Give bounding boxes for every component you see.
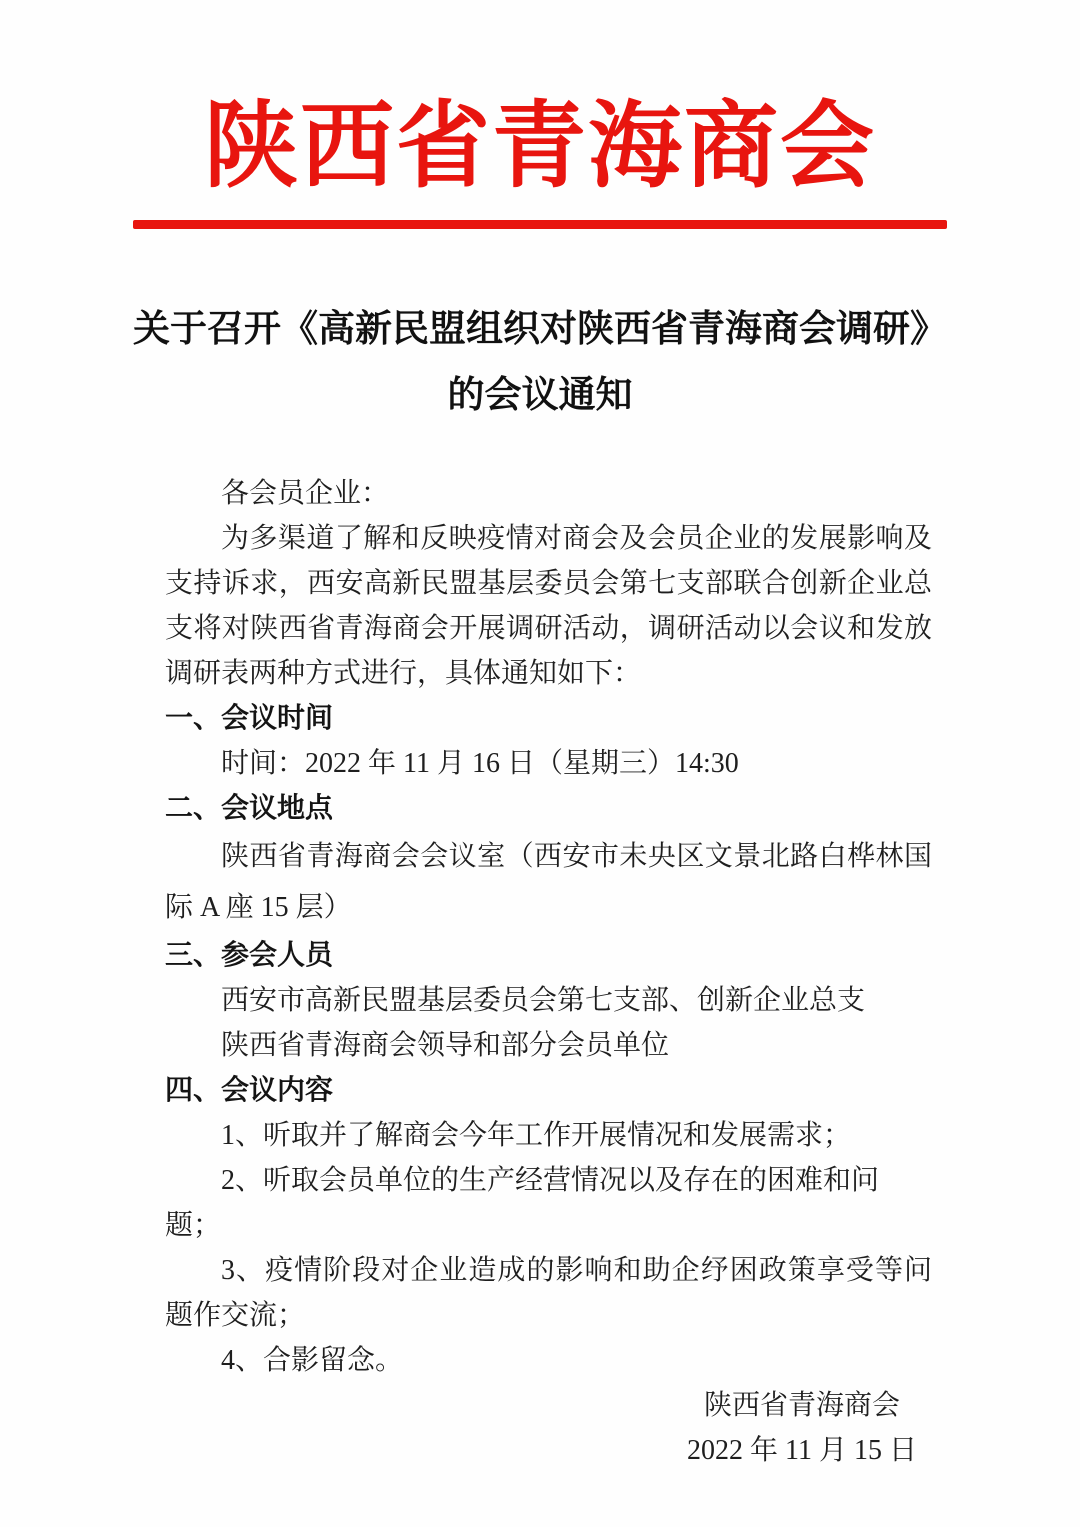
signature-org: 陕西省青海商会 bbox=[687, 1383, 917, 1428]
doc-title: 关于召开《高新民盟组织对陕西省青海商会调研》 的会议通知 bbox=[0, 297, 1080, 429]
agenda-item-2: 2、听取会员单位的生产经营情况以及存在的困难和问题； bbox=[165, 1158, 932, 1248]
attendees-line-2: 陕西省青海商会领导和部分会员单位 bbox=[165, 1023, 932, 1068]
signature-block: 陕西省青海商会 2022 年 11 月 15 日 bbox=[165, 1383, 917, 1473]
letterhead: 陕西省青海商会 bbox=[0, 0, 1080, 229]
section-heading-meeting-location: 二、会议地点 bbox=[165, 786, 932, 831]
doc-title-line1: 关于召开《高新民盟组织对陕西省青海商会调研》 bbox=[0, 297, 1080, 363]
signature-date: 2022 年 11 月 15 日 bbox=[687, 1428, 917, 1473]
salutation: 各会员企业： bbox=[165, 471, 932, 516]
intro-paragraph: 为多渠道了解和反映疫情对商会及会员企业的发展影响及支持诉求，西安高新民盟基层委员… bbox=[165, 516, 932, 696]
agenda-item-4: 4、合影留念。 bbox=[165, 1338, 932, 1383]
org-name: 陕西省青海商会 bbox=[0, 0, 1080, 194]
section-heading-attendees: 三、参会人员 bbox=[165, 933, 932, 978]
section-heading-agenda: 四、会议内容 bbox=[165, 1068, 932, 1113]
meeting-location-value: 陕西省青海商会会议室（西安市未央区文景北路白桦林国际 A 座 15 层） bbox=[165, 831, 932, 933]
signature-inner: 陕西省青海商会 2022 年 11 月 15 日 bbox=[687, 1383, 917, 1473]
letterhead-rule bbox=[133, 220, 947, 229]
meeting-time-value: 时间：2022 年 11 月 16 日（星期三）14:30 bbox=[165, 741, 932, 786]
attendees-line-1: 西安市高新民盟基层委员会第七支部、创新企业总支 bbox=[165, 978, 932, 1023]
agenda-item-1: 1、听取并了解商会今年工作开展情况和发展需求； bbox=[165, 1113, 932, 1158]
doc-title-line2: 的会议通知 bbox=[0, 363, 1080, 429]
agenda-item-3: 3、疫情阶段对企业造成的影响和助企纾困政策享受等问题作交流； bbox=[165, 1248, 932, 1338]
doc-body: 各会员企业： 为多渠道了解和反映疫情对商会及会员企业的发展影响及支持诉求，西安高… bbox=[0, 471, 1080, 1473]
section-heading-meeting-time: 一、会议时间 bbox=[165, 696, 932, 741]
document-page: 陕西省青海商会 关于召开《高新民盟组织对陕西省青海商会调研》 的会议通知 各会员… bbox=[0, 0, 1080, 1527]
